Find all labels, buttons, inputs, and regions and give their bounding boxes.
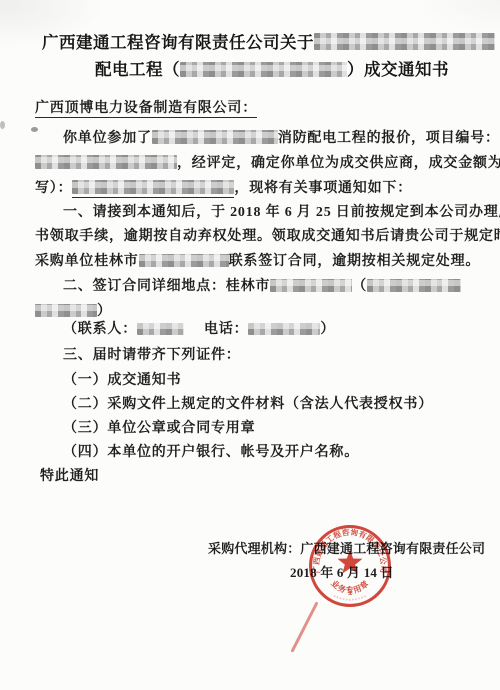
contact-label: （联系人： (63, 322, 137, 337)
title-line1-text: 广西建通工程咨询有限责任公司关于 (42, 33, 314, 52)
paragraph1-line1: 你单位参加了消防配电工程的报价，项目编号： (63, 130, 500, 147)
redacted-text-block (139, 254, 229, 267)
contact-line: （联系人：电话：） (63, 322, 335, 338)
item1-line1: 一、请接到本通知后，于 2018 年 6 月 25 日前按规定到本公司办理成交通… (63, 205, 500, 221)
cert3-line: （三）单位公章或合同专用章 (63, 421, 255, 437)
redacted-text-block (314, 33, 495, 50)
cert4-line: （四）本单位的开户银行、帐号及开户名称。 (63, 445, 359, 461)
scanned-notice-document: 广西建通工程咨询有限责任公司关于 配电工程（）成交通知书 广西顶博电力设备制造有… (0, 0, 500, 690)
amount-underline (72, 181, 234, 198)
item2-line1: 二、签订合同详细地点：桂林市（ (63, 279, 461, 295)
redacted-amount-block (72, 180, 234, 194)
item1-line3: 采购单位桂林市联系签订合同，逾期按相关规定处理。 (35, 254, 480, 270)
title-line2-suffix: ）成交通知书 (347, 60, 449, 79)
title-line-2: 配电工程（）成交通知书 (95, 61, 449, 80)
item2-line2: ） (35, 304, 112, 320)
company-seal-stamp: 广西建通工程咨询有限责任公司 业务专用章 (10) ＊＊＊＊＊＊＊＊＊＊＊ (292, 508, 408, 624)
redacted-text-block (367, 279, 461, 292)
cert2-line: （二）采购文件上规定的文件材料（含法人代表授权书） (63, 397, 433, 413)
closing-line: 特此通知 (40, 469, 99, 485)
redacted-text-block (35, 155, 177, 169)
p1-seg1: 你单位参加了 (63, 131, 152, 146)
paragraph1-line3: 写）：，现将有关事项通知如下： (35, 180, 412, 197)
title-line-1: 广西建通工程咨询有限责任公司关于 (42, 33, 495, 53)
redacted-text-block (180, 62, 347, 77)
p1-seg4: 写）： (35, 181, 72, 196)
paragraph1-line2: ，经评定，确定你单位为成交供应商，成交金额为（大 (35, 155, 500, 172)
p1-seg5: ，现将有关事项通知如下： (234, 181, 412, 196)
addressee-name: 广西顶博电力设备制造有限公司： (35, 101, 257, 118)
seal-star-icon (337, 550, 362, 574)
redacted-contact-name (137, 323, 184, 335)
item2-paren-close: ） (97, 304, 112, 319)
redacted-text-block (152, 130, 278, 144)
redacted-phone-number (248, 323, 320, 335)
scan-speckle (31, 127, 38, 132)
item2-paren-open: （ (352, 279, 367, 294)
redacted-text-block (35, 304, 97, 317)
item1-line2: 书领取手续，逾期按自动弃权处理。领取成交通知书后请贵公司于规定时间内与 (35, 229, 500, 245)
p1-seg2: 消防配电工程的报价，项目编号： (278, 131, 500, 146)
item1-line3b: 联系签订合同，逾期按相关规定处理。 (229, 254, 481, 269)
contact-close: ） (320, 322, 335, 337)
scan-speckle (0, 121, 5, 129)
addressee-line: 广西顶博电力设备制造有限公司： (35, 101, 257, 117)
item1-line3a: 采购单位桂林市 (35, 254, 139, 269)
redacted-text-block (270, 279, 352, 292)
title-line2-prefix: 配电工程（ (95, 60, 180, 79)
seal-graphic: 广西建通工程咨询有限责任公司 业务专用章 (10) ＊＊＊＊＊＊＊＊＊＊＊ (292, 508, 408, 624)
cert1-line: （一）成交通知书 (63, 373, 181, 389)
p1-seg3: ，经评定，确定你单位为成交供应商，成交金额为（大 (177, 156, 500, 171)
item2-line1a: 二、签订合同详细地点：桂林市 (63, 279, 270, 294)
phone-label: 电话： (204, 322, 248, 337)
item3-line: 三、届时请带齐下列证件： (63, 348, 241, 364)
